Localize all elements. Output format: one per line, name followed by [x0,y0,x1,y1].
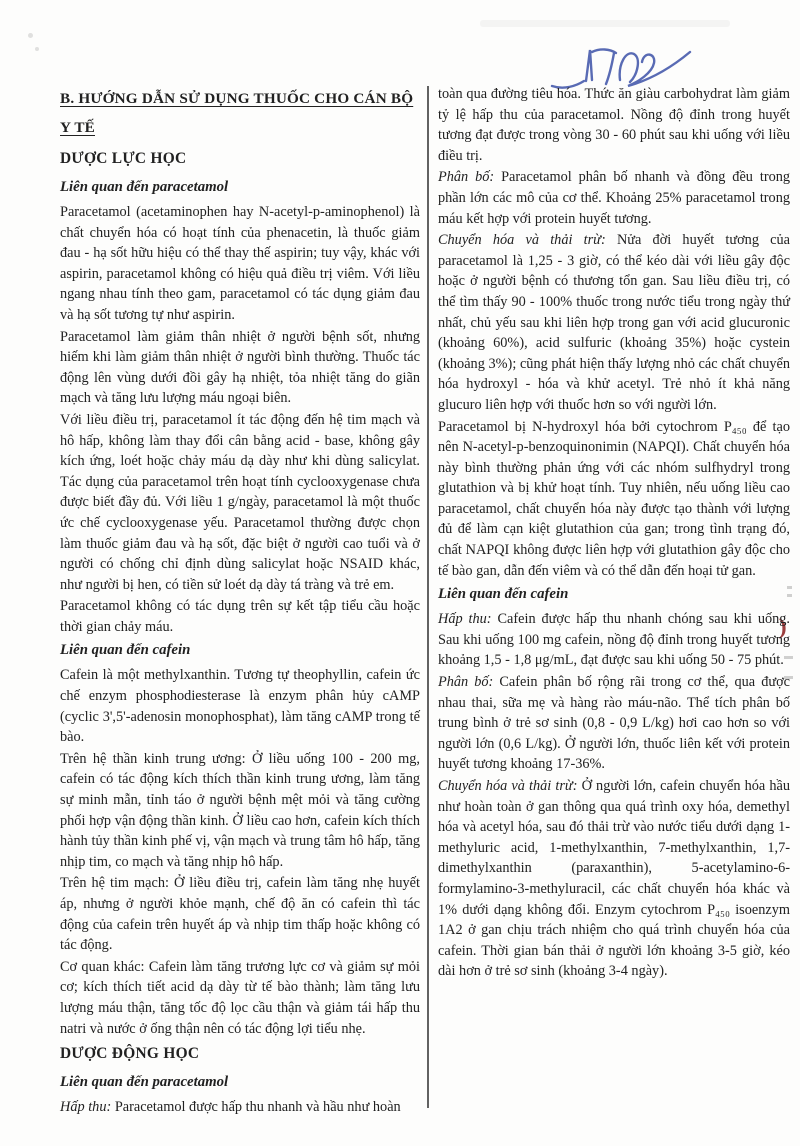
subheading-cafein-2: Liên quan đến cafein [438,582,790,607]
column-divider [427,86,429,1108]
scan-smudge [35,47,39,51]
paragraph: Phân bố: Paracetamol phân bố nhanh và đồ… [438,167,790,229]
paragraph: Chuyển hóa và thải trừ: Nửa đời huyết tư… [438,230,790,415]
paragraph: Paracetamol làm giảm thân nhiệt ở người … [60,327,420,409]
paragraph: Trên hệ thần kinh trung ương: Ở liều uốn… [60,749,420,873]
paragraph-text: Ở người lớn, cafein chuyển hóa hầu như h… [438,778,790,979]
paragraph: Hấp thu: Cafein được hấp thu nhanh chóng… [438,609,790,671]
paragraph: Với liều điều trị, paracetamol ít tác độ… [60,410,420,595]
paragraph-lead: Hấp thu: [60,1099,111,1115]
right-column: toàn qua đường tiêu hóa. Thức ăn giàu ca… [438,84,790,983]
section-heading-pharmacokinetics: DƯỢC ĐỘNG HỌC [60,1041,420,1067]
paragraph: Phân bố: Cafein phân bố rộng rãi trong c… [438,672,790,775]
scan-smudge [28,33,33,38]
subheading-cafein: Liên quan đến cafein [60,638,420,663]
paragraph: Hấp thu: Paracetamol được hấp thu nhanh … [60,1097,420,1118]
paragraph-lead: Chuyển hóa và thải trừ: [438,232,606,248]
paragraph-lead: Phân bố: [438,674,493,690]
paragraph: Trên hệ tim mạch: Ở liều điều trị, cafei… [60,873,420,955]
paragraph: Cafein là một methylxanthin. Tương tự th… [60,665,420,747]
paragraph: Paracetamol (acetaminophen hay N-acetyl-… [60,202,420,326]
section-heading-pharmacodynamics: DƯỢC LỰC HỌC [60,146,420,172]
paragraph: Paracetamol bị N-hydroxyl hóa bởi cytoch… [438,417,790,582]
paragraph-lead: Hấp thu: [438,611,492,627]
paragraph-text: Nửa đời huyết tương của paracetamol là 1… [438,232,790,413]
scan-smear [480,20,730,27]
left-column: B. HƯỚNG DẪN SỬ DỤNG THUỐC CHO CÁN BỘ Y … [60,84,420,1119]
document-title: B. HƯỚNG DẪN SỬ DỤNG THUỐC CHO CÁN BỘ Y … [60,84,420,142]
paragraph-lead: Chuyển hóa và thải trừ: [438,778,577,794]
subheading-paracetamol: Liên quan đến paracetamol [60,175,420,200]
paragraph-text: Paracetamol được hấp thu nhanh và hầu nh… [115,1099,401,1115]
paragraph: Paracetamol không có tác dụng trên sự kế… [60,596,420,637]
paragraph: Cơ quan khác: Cafein làm tăng trương lực… [60,957,420,1039]
subheading-paracetamol-2: Liên quan đến paracetamol [60,1070,420,1095]
paragraph: toàn qua đường tiêu hóa. Thức ăn giàu ca… [438,84,790,166]
scanned-document-page: ) B. HƯỚNG DẪN SỬ DỤNG THUỐC CHO CÁN BỘ … [0,0,800,1146]
paragraph-lead: Phân bố: [438,169,494,185]
paragraph: Chuyển hóa và thải trừ: Ở người lớn, caf… [438,776,790,982]
